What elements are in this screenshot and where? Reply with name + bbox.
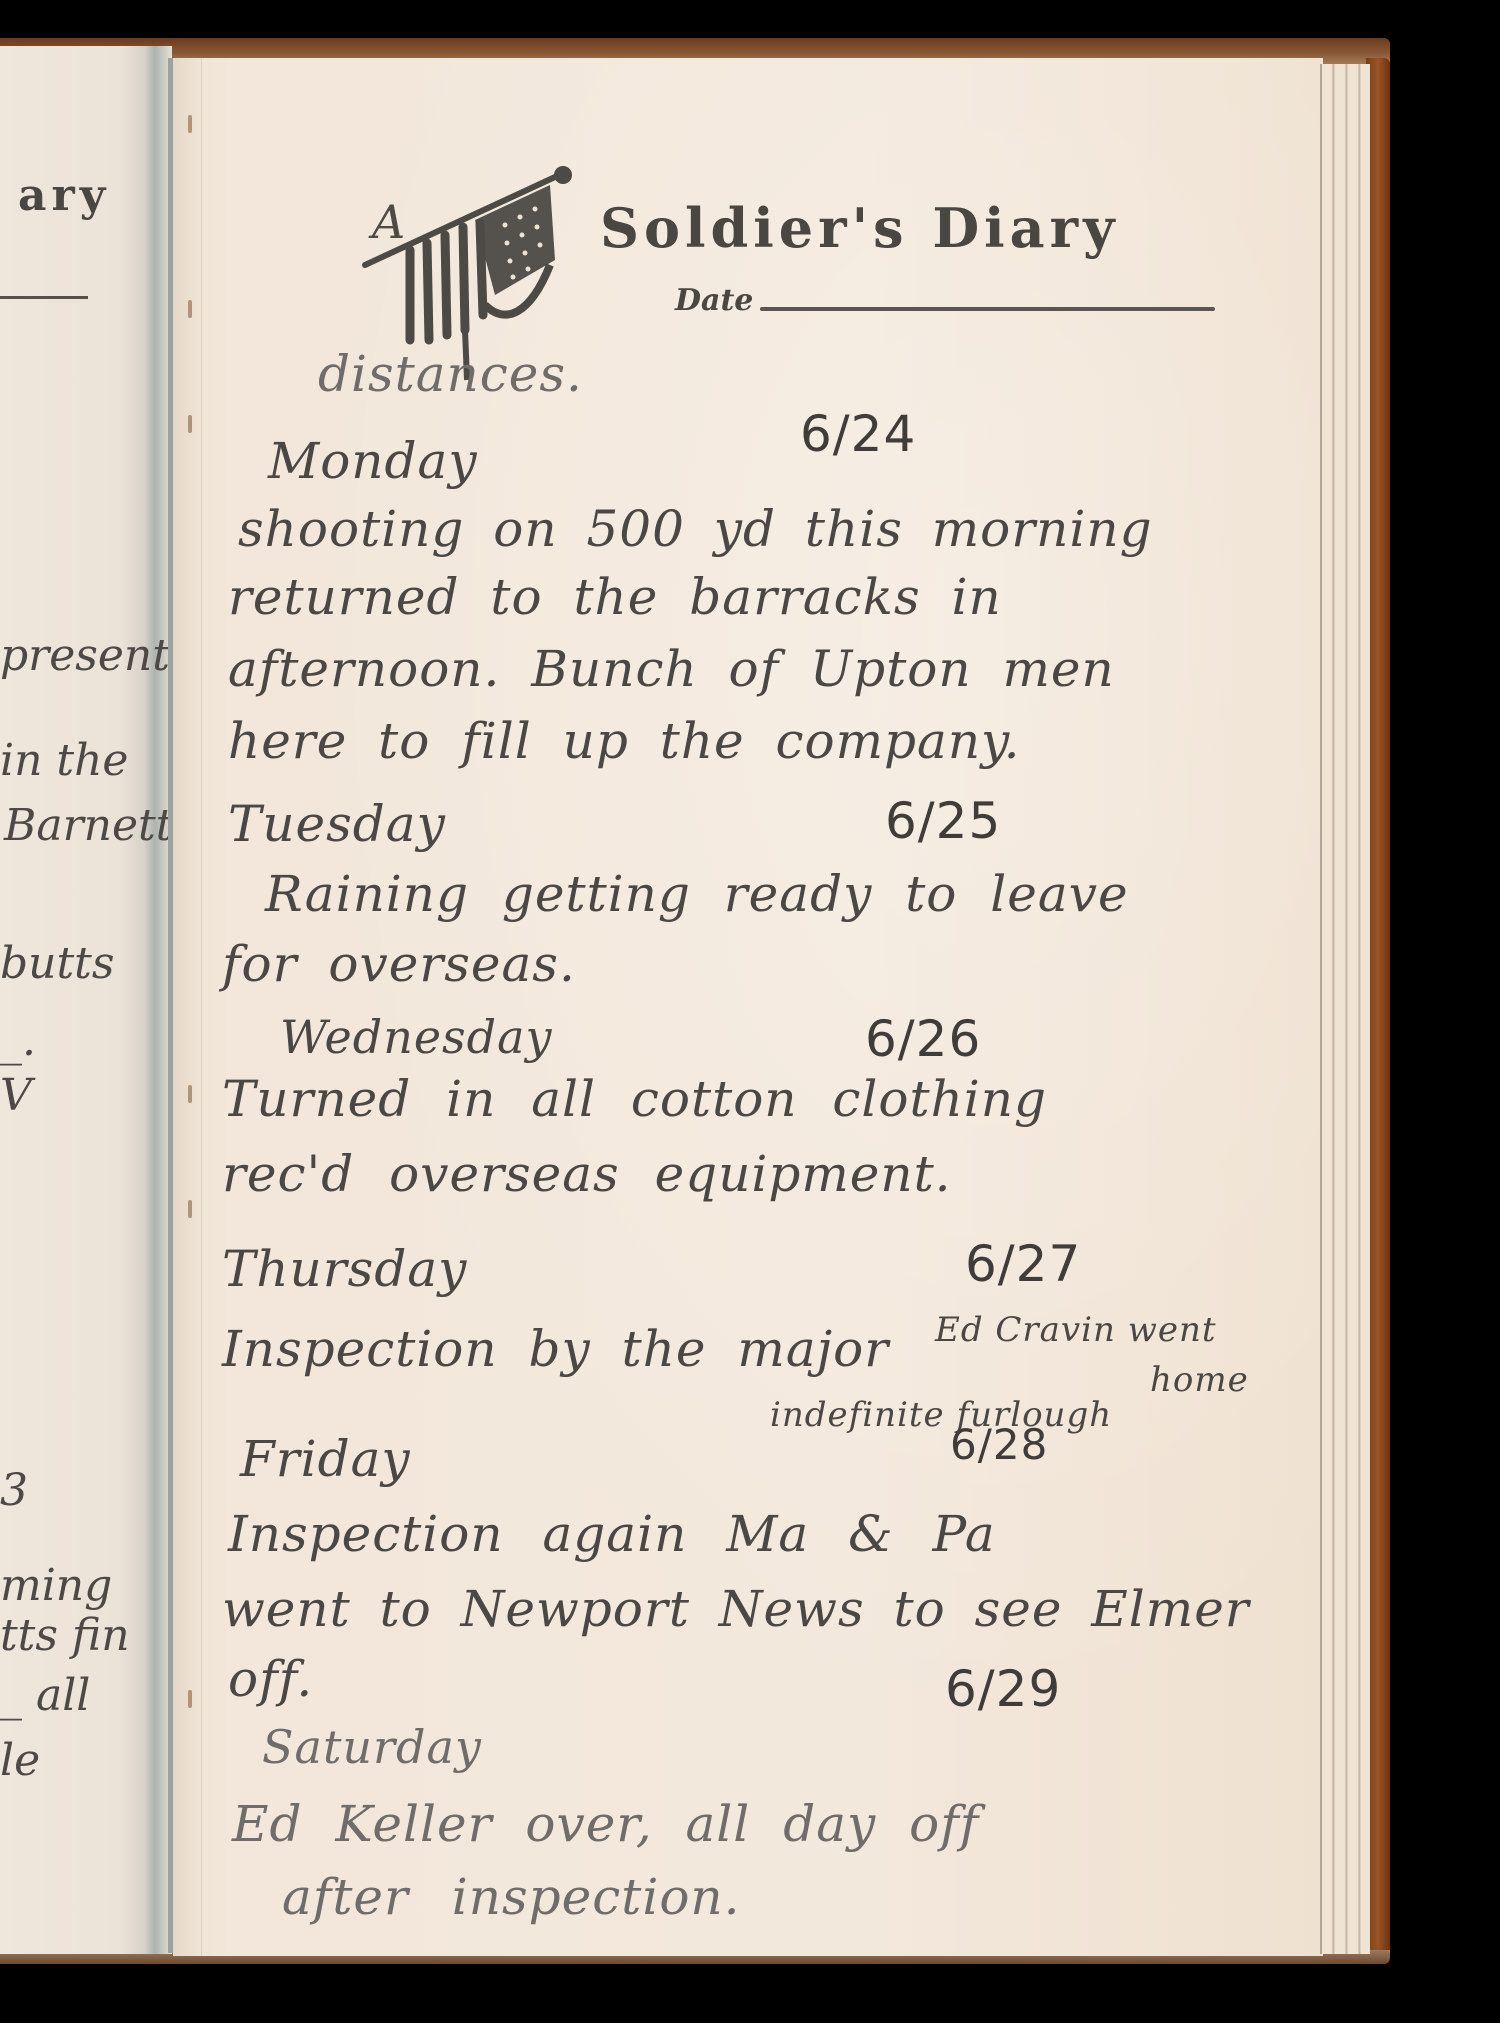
- entry-text: after inspection.: [282, 1868, 741, 1926]
- day-label: Friday: [240, 1430, 411, 1488]
- day-label: Saturday: [262, 1720, 482, 1774]
- margin-note: indefinite furlough: [770, 1395, 1112, 1435]
- day-label: Monday: [268, 432, 478, 490]
- day-label: Thursday: [222, 1240, 467, 1298]
- margin-note: Ed Cravin went: [935, 1310, 1217, 1350]
- left-page: [0, 46, 172, 1954]
- left-page-fragment: 3: [0, 1465, 28, 1516]
- left-page-fragment: _ all: [0, 1670, 90, 1721]
- left-page-fragment: ming: [0, 1560, 112, 1611]
- entry-date: 6/24: [800, 405, 916, 463]
- entry-text: rec'd overseas equipment.: [222, 1145, 952, 1203]
- entry-text: distances.: [318, 345, 583, 403]
- left-page-fragment: le: [0, 1735, 40, 1786]
- day-label: Tuesday: [228, 795, 446, 853]
- entry-date: 6/27: [965, 1235, 1081, 1293]
- entry-date: 6/29: [945, 1660, 1061, 1718]
- entry-text: Inspection by the major: [222, 1320, 889, 1378]
- binding-stitch: [188, 1200, 192, 1218]
- entry-text: here to fill up the company.: [228, 712, 1021, 770]
- left-page-fragment: butts: [0, 938, 114, 989]
- stacked-page-edges: [1320, 64, 1370, 1954]
- binding-stitch: [188, 115, 192, 133]
- entry-date: 6/28: [950, 1420, 1048, 1469]
- date-label: Date: [675, 283, 753, 318]
- left-page-fragment: V: [0, 1070, 32, 1121]
- page-title: Soldier's Diary: [600, 196, 1120, 260]
- binding-stitch: [188, 1085, 192, 1103]
- entry-text: Turned in all cotton clothing: [222, 1070, 1047, 1128]
- binding-stitch: [188, 1690, 192, 1708]
- day-label: Wednesday: [280, 1010, 553, 1064]
- binding-stitch: [188, 300, 192, 318]
- left-page-fragment: in the: [0, 735, 128, 786]
- right-page: [173, 58, 1323, 1956]
- left-page-date-rule: [0, 296, 88, 299]
- entry-text: for overseas.: [222, 935, 576, 993]
- entry-text: Ed Keller over, all day off: [232, 1795, 979, 1853]
- date-rule: [760, 307, 1215, 311]
- binding-stitch: [188, 415, 192, 433]
- entry-text: shooting on 500 yd this morning: [238, 500, 1153, 558]
- margin-note: home: [1150, 1360, 1249, 1400]
- left-page-header-fragment: ary: [18, 170, 110, 221]
- left-page-fragment: Barnett: [4, 800, 173, 851]
- entry-text: returned to the barracks in: [228, 568, 1002, 626]
- entry-text: Raining getting ready to leave: [265, 865, 1129, 923]
- left-page-fragment: tts fin: [0, 1610, 130, 1661]
- left-page-fragment: _.: [0, 1015, 36, 1066]
- header-prefix: A: [372, 195, 405, 249]
- entry-date: 6/26: [865, 1010, 981, 1068]
- entry-text: went to Newport News to see Elmer: [222, 1580, 1250, 1638]
- entry-date: 6/25: [885, 792, 1001, 850]
- right-page-binding-edge: [173, 58, 202, 1956]
- left-page-fragment: present: [0, 630, 170, 681]
- entry-text: off.: [228, 1650, 313, 1708]
- entry-text: afternoon. Bunch of Upton men: [228, 640, 1115, 698]
- entry-text: Inspection again Ma & Pa: [228, 1505, 996, 1563]
